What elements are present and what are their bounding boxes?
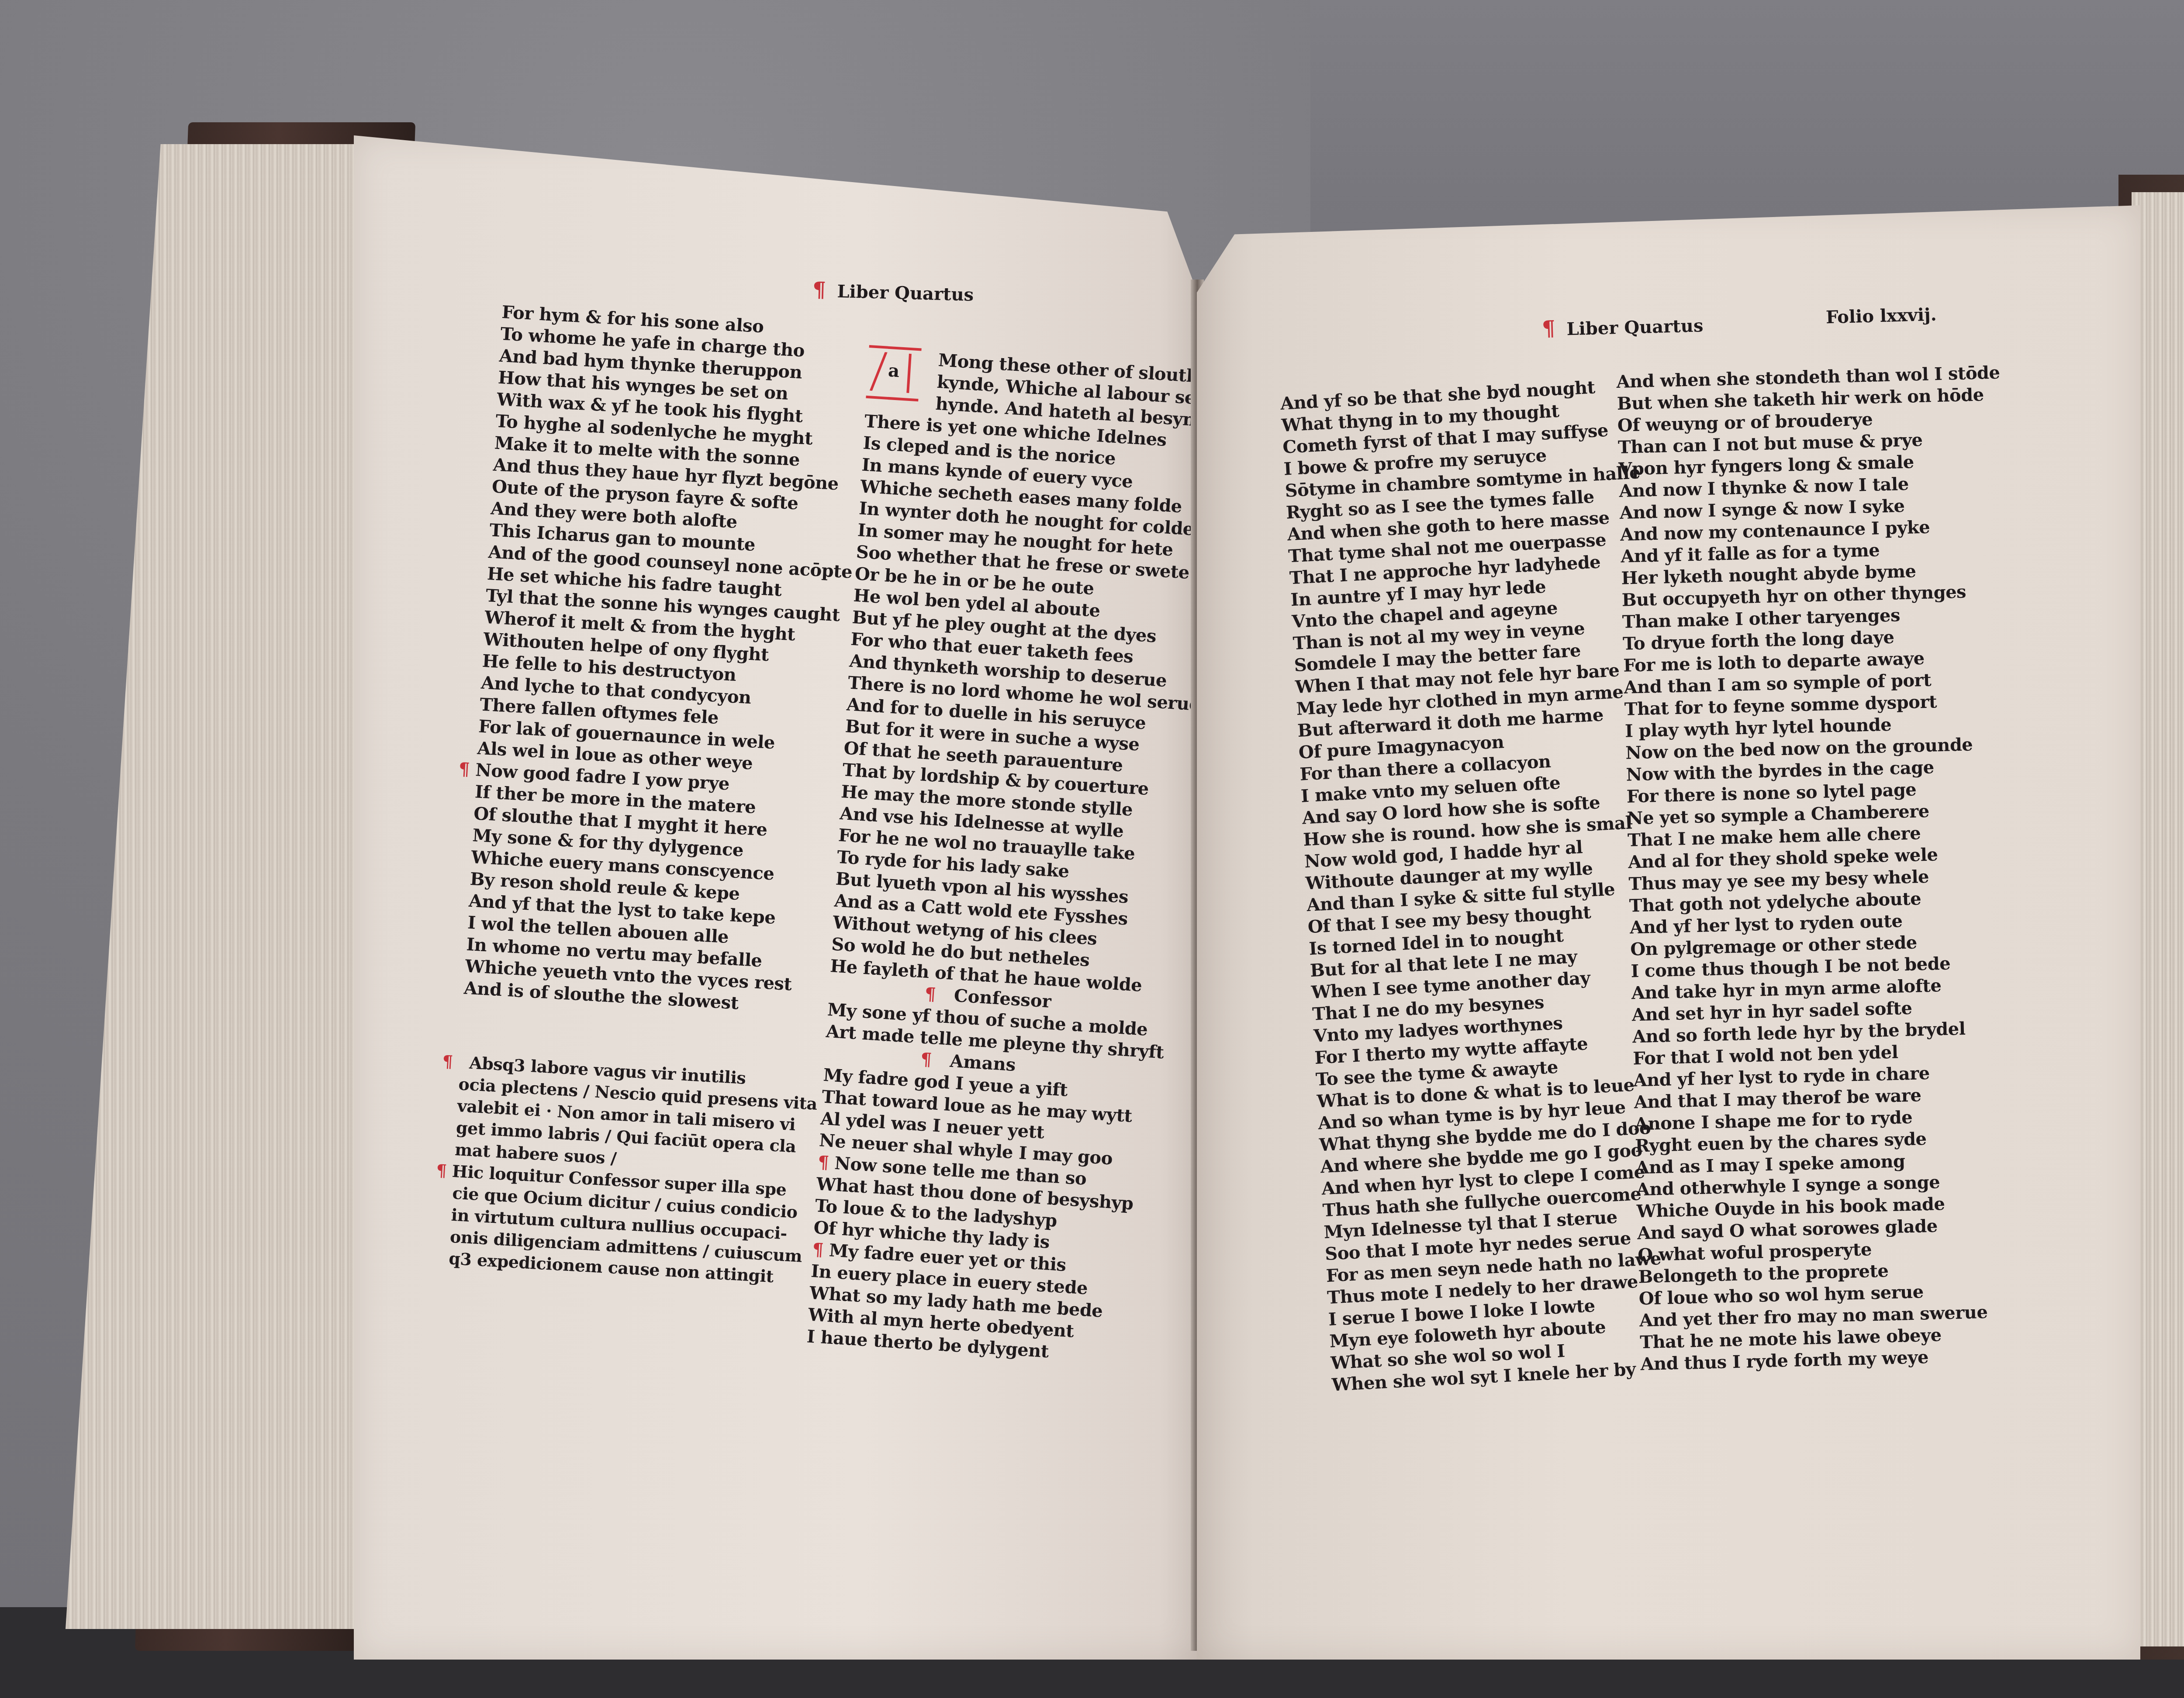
latin-gloss-2: ¶ Hic loquitur Confessor super illa spe … — [448, 1160, 818, 1290]
pilcrow-icon: ¶ — [1541, 316, 1555, 341]
pilcrow-icon: ¶ — [920, 1049, 932, 1070]
pilcrow-icon: ¶ — [458, 759, 470, 780]
latin-gloss-1: ¶ Absq3 labore vagus vir inutilis ocia p… — [454, 1051, 824, 1180]
pilcrow-icon: ¶ — [817, 1152, 829, 1173]
pilcrow-icon: ¶ — [812, 1239, 824, 1260]
background-panel — [1310, 0, 2184, 245]
left-running-head: ¶Liber Quartus — [812, 277, 974, 306]
running-head-text: Liber Quartus — [837, 281, 974, 305]
pilcrow-icon: ¶ — [812, 277, 826, 302]
pilcrow-icon: ¶ — [924, 984, 936, 1005]
pilcrow-icon: ¶ — [435, 1160, 447, 1180]
left-page-column-2: a Mong these other of sloutheskynde, Whi… — [806, 345, 1241, 1371]
right-running-head: ¶Liber Quartus — [1541, 312, 1704, 341]
left-page-column-1: For hym & for his sone alsoTo whome he y… — [448, 301, 866, 1290]
decorated-initial: a — [866, 345, 921, 401]
folio-number: Folio lxxvij. — [1825, 304, 1937, 328]
running-head-text: Liber Quartus — [1566, 315, 1704, 339]
pilcrow-icon: ¶ — [442, 1051, 453, 1071]
right-page-column-2: And when she stondeth than wol I stōdeBu… — [1616, 362, 2024, 1376]
